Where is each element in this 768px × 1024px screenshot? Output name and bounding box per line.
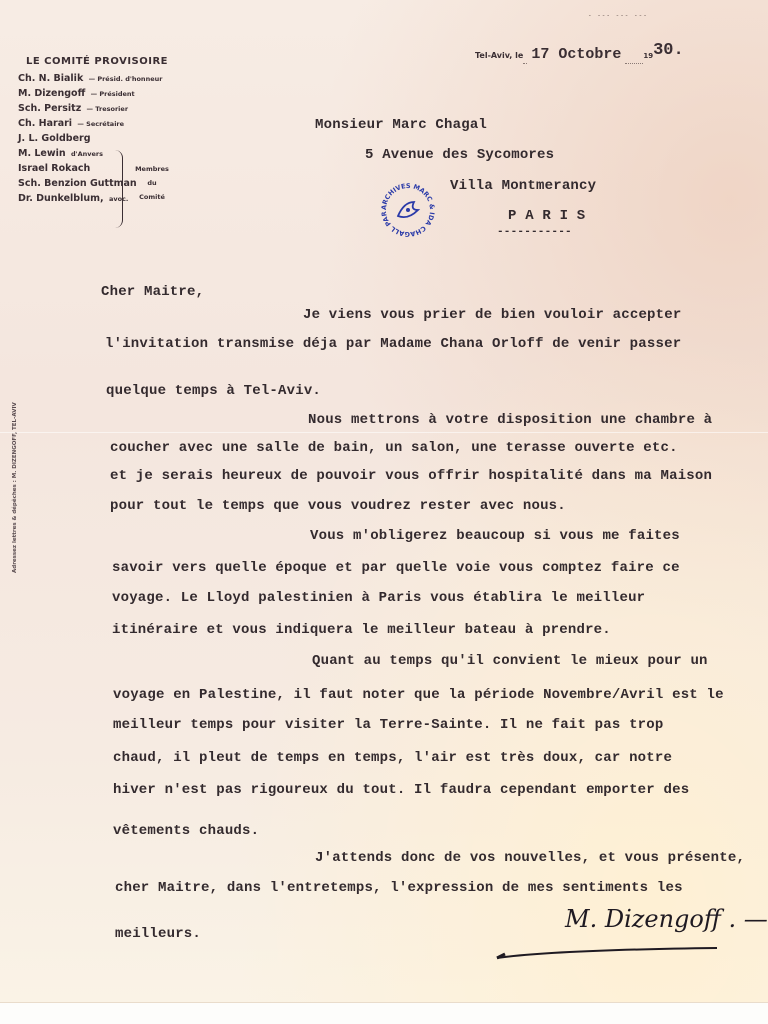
members-group-label: Membres du Comité bbox=[132, 162, 172, 204]
address-line: 5 Avenue des Sycomores bbox=[365, 147, 554, 163]
dateline-century: 19 bbox=[643, 52, 653, 60]
letter-paper: - --- --- --- LE COMITÉ PROVISOIRE Ch. N… bbox=[0, 0, 768, 1003]
committee-title: LE COMITÉ PROVISOIRE bbox=[26, 56, 168, 67]
signature-underline bbox=[495, 946, 720, 960]
members-brace bbox=[114, 150, 123, 228]
body-line: hiver n'est pas rigoureux du tout. Il fa… bbox=[113, 782, 689, 798]
dateline: Tel-Aviv, le17 Octobre1930. bbox=[475, 45, 684, 64]
body-line: l'invitation transmise déja par Madame C… bbox=[105, 336, 681, 352]
address-line: Villa Montmerancy bbox=[450, 178, 596, 194]
body-line: meilleur temps pour visiter la Terre-Sai… bbox=[113, 717, 664, 733]
top-marks: - --- --- --- bbox=[588, 12, 648, 19]
body-line: vêtements chauds. bbox=[113, 823, 259, 839]
body-line: Vous m'obligerez beaucoup si vous me fai… bbox=[310, 528, 680, 544]
dateline-date: 17 Octobre bbox=[531, 46, 621, 63]
dateline-year: 30. bbox=[653, 41, 684, 60]
body-line: chaud, il pleut de temps en temps, l'air… bbox=[113, 750, 672, 766]
body-line: Quant au temps qu'il convient le mieux p… bbox=[312, 653, 708, 669]
body-line: et je serais heureux de pouvoir vous off… bbox=[110, 468, 712, 484]
body-line: savoir vers quelle époque et par quelle … bbox=[112, 560, 680, 576]
body-line: Nous mettrons à votre disposition une ch… bbox=[308, 412, 712, 428]
address-underline: ----------- bbox=[497, 226, 572, 238]
address-city: P A R I S bbox=[508, 208, 585, 224]
address-line: Monsieur Marc Chagal bbox=[315, 117, 487, 133]
committee-member: Ch. Harari — Secrétaire bbox=[18, 116, 168, 131]
dateline-place: Tel-Aviv, le bbox=[475, 51, 523, 60]
signature: M. Dizengoff . — bbox=[565, 905, 768, 933]
committee-member: Ch. N. Bialik — Présid. d'honneur bbox=[18, 71, 168, 86]
body-line: Je viens vous prier de bien vouloir acce… bbox=[303, 307, 681, 323]
salutation: Cher Maitre, bbox=[101, 284, 204, 300]
archive-stamp-icon: ARCHIVES MARC & IDA CHAGALL PARIS bbox=[378, 180, 438, 240]
body-line: J'attends donc de vos nouvelles, et vous… bbox=[315, 850, 745, 866]
committee-member: M. Lewin d'Anvers bbox=[18, 146, 168, 161]
paper-fold bbox=[0, 432, 768, 433]
body-line: voyage. Le Lloyd palestinien à Paris vou… bbox=[112, 590, 645, 606]
committee-member: M. Dizengoff — Président bbox=[18, 86, 168, 101]
body-line: voyage en Palestine, il faut noter que l… bbox=[113, 687, 724, 703]
committee-member: Sch. Persitz — Tresorier bbox=[18, 101, 168, 116]
committee-member: J. L. Goldberg bbox=[18, 131, 168, 146]
body-line: cher Maitre, dans l'entretemps, l'expres… bbox=[115, 880, 683, 896]
margin-vertical-text: Adressez lettres & dépêches : M. DIZENGO… bbox=[12, 353, 18, 573]
body-line: itinéraire et vous indiquera le meilleur… bbox=[112, 622, 611, 638]
closing-line: meilleurs. bbox=[115, 926, 201, 942]
body-line: quelque temps à Tel-Aviv. bbox=[106, 383, 321, 399]
body-line: pour tout le temps que vous voudrez rest… bbox=[110, 498, 566, 514]
body-line: coucher avec une salle de bain, un salon… bbox=[110, 440, 678, 456]
